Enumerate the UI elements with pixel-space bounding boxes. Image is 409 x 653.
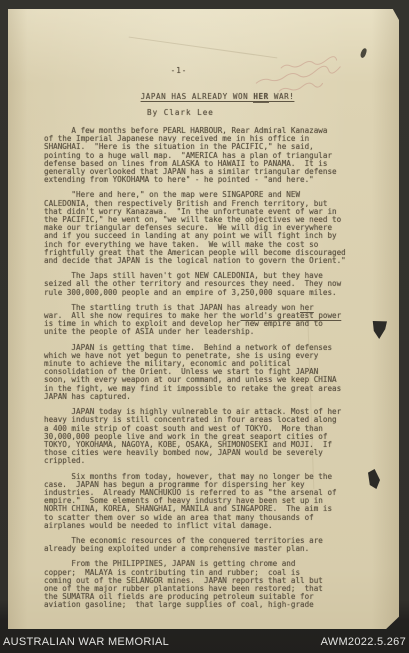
- paragraph: The economic resources of the conquered …: [44, 537, 374, 553]
- text-line: those cities were heavily bombed now, JA…: [44, 449, 374, 457]
- text-line: already being exploited under a comprehe…: [44, 545, 374, 553]
- scanned-page: -1- JAPAN HAS ALREADY WON HER WAR! By Cl…: [8, 9, 399, 629]
- paragraph: "Here and here," on the map were SINGAPO…: [44, 191, 374, 265]
- archive-name-label: AUSTRALIAN WAR MEMORIAL: [3, 636, 169, 648]
- text-line: extending from YOKOHAMA to here" - he po…: [44, 176, 374, 184]
- text-line: unite the people of ASIA under her leade…: [44, 328, 374, 336]
- byline: By Clark Lee: [147, 108, 214, 117]
- page-number: -1-: [163, 66, 195, 75]
- title-segment: HER: [253, 92, 268, 103]
- paragraph: From the PHILIPPINES, JAPAN is getting c…: [44, 560, 374, 609]
- paragraph: JAPAN today is highly vulnerable to air …: [44, 408, 374, 465]
- paper-crease: [129, 37, 278, 59]
- text-line: airplanes would be needed to inflict vit…: [44, 522, 374, 530]
- text-line: and decide that JAPAN is the logical nat…: [44, 257, 374, 265]
- document-title: JAPAN HAS ALREADY WON HER WAR!: [22, 92, 409, 101]
- paragraph: JAPAN is getting that time. Behind a net…: [44, 344, 374, 401]
- paragraph: The Japs still haven't got NEW CALEDONIA…: [44, 272, 374, 297]
- paragraph: A few months before PEARL HARBOUR, Rear …: [44, 127, 374, 184]
- text-line: JAPAN has captured.: [44, 393, 374, 401]
- torn-hole: [372, 321, 387, 339]
- text-line: rule 300,000,000 people and an empire of…: [44, 289, 374, 297]
- title-segment: JAPAN HAS ALREADY WON: [141, 92, 254, 101]
- text-line: crippled.: [44, 457, 374, 465]
- accession-number-label: AWM2022.5.267: [321, 636, 406, 648]
- scan-viewer: -1- JAPAN HAS ALREADY WON HER WAR! By Cl…: [0, 0, 409, 653]
- text-line: aviation gasoline; that large supplies o…: [44, 601, 374, 609]
- paragraph: The startling truth is that JAPAN has al…: [44, 304, 374, 337]
- document-body: A few months before PEARL HARBOUR, Rear …: [44, 127, 374, 610]
- paragraph: Six months from today, however, that may…: [44, 473, 374, 530]
- title-segment: WAR!: [269, 92, 295, 101]
